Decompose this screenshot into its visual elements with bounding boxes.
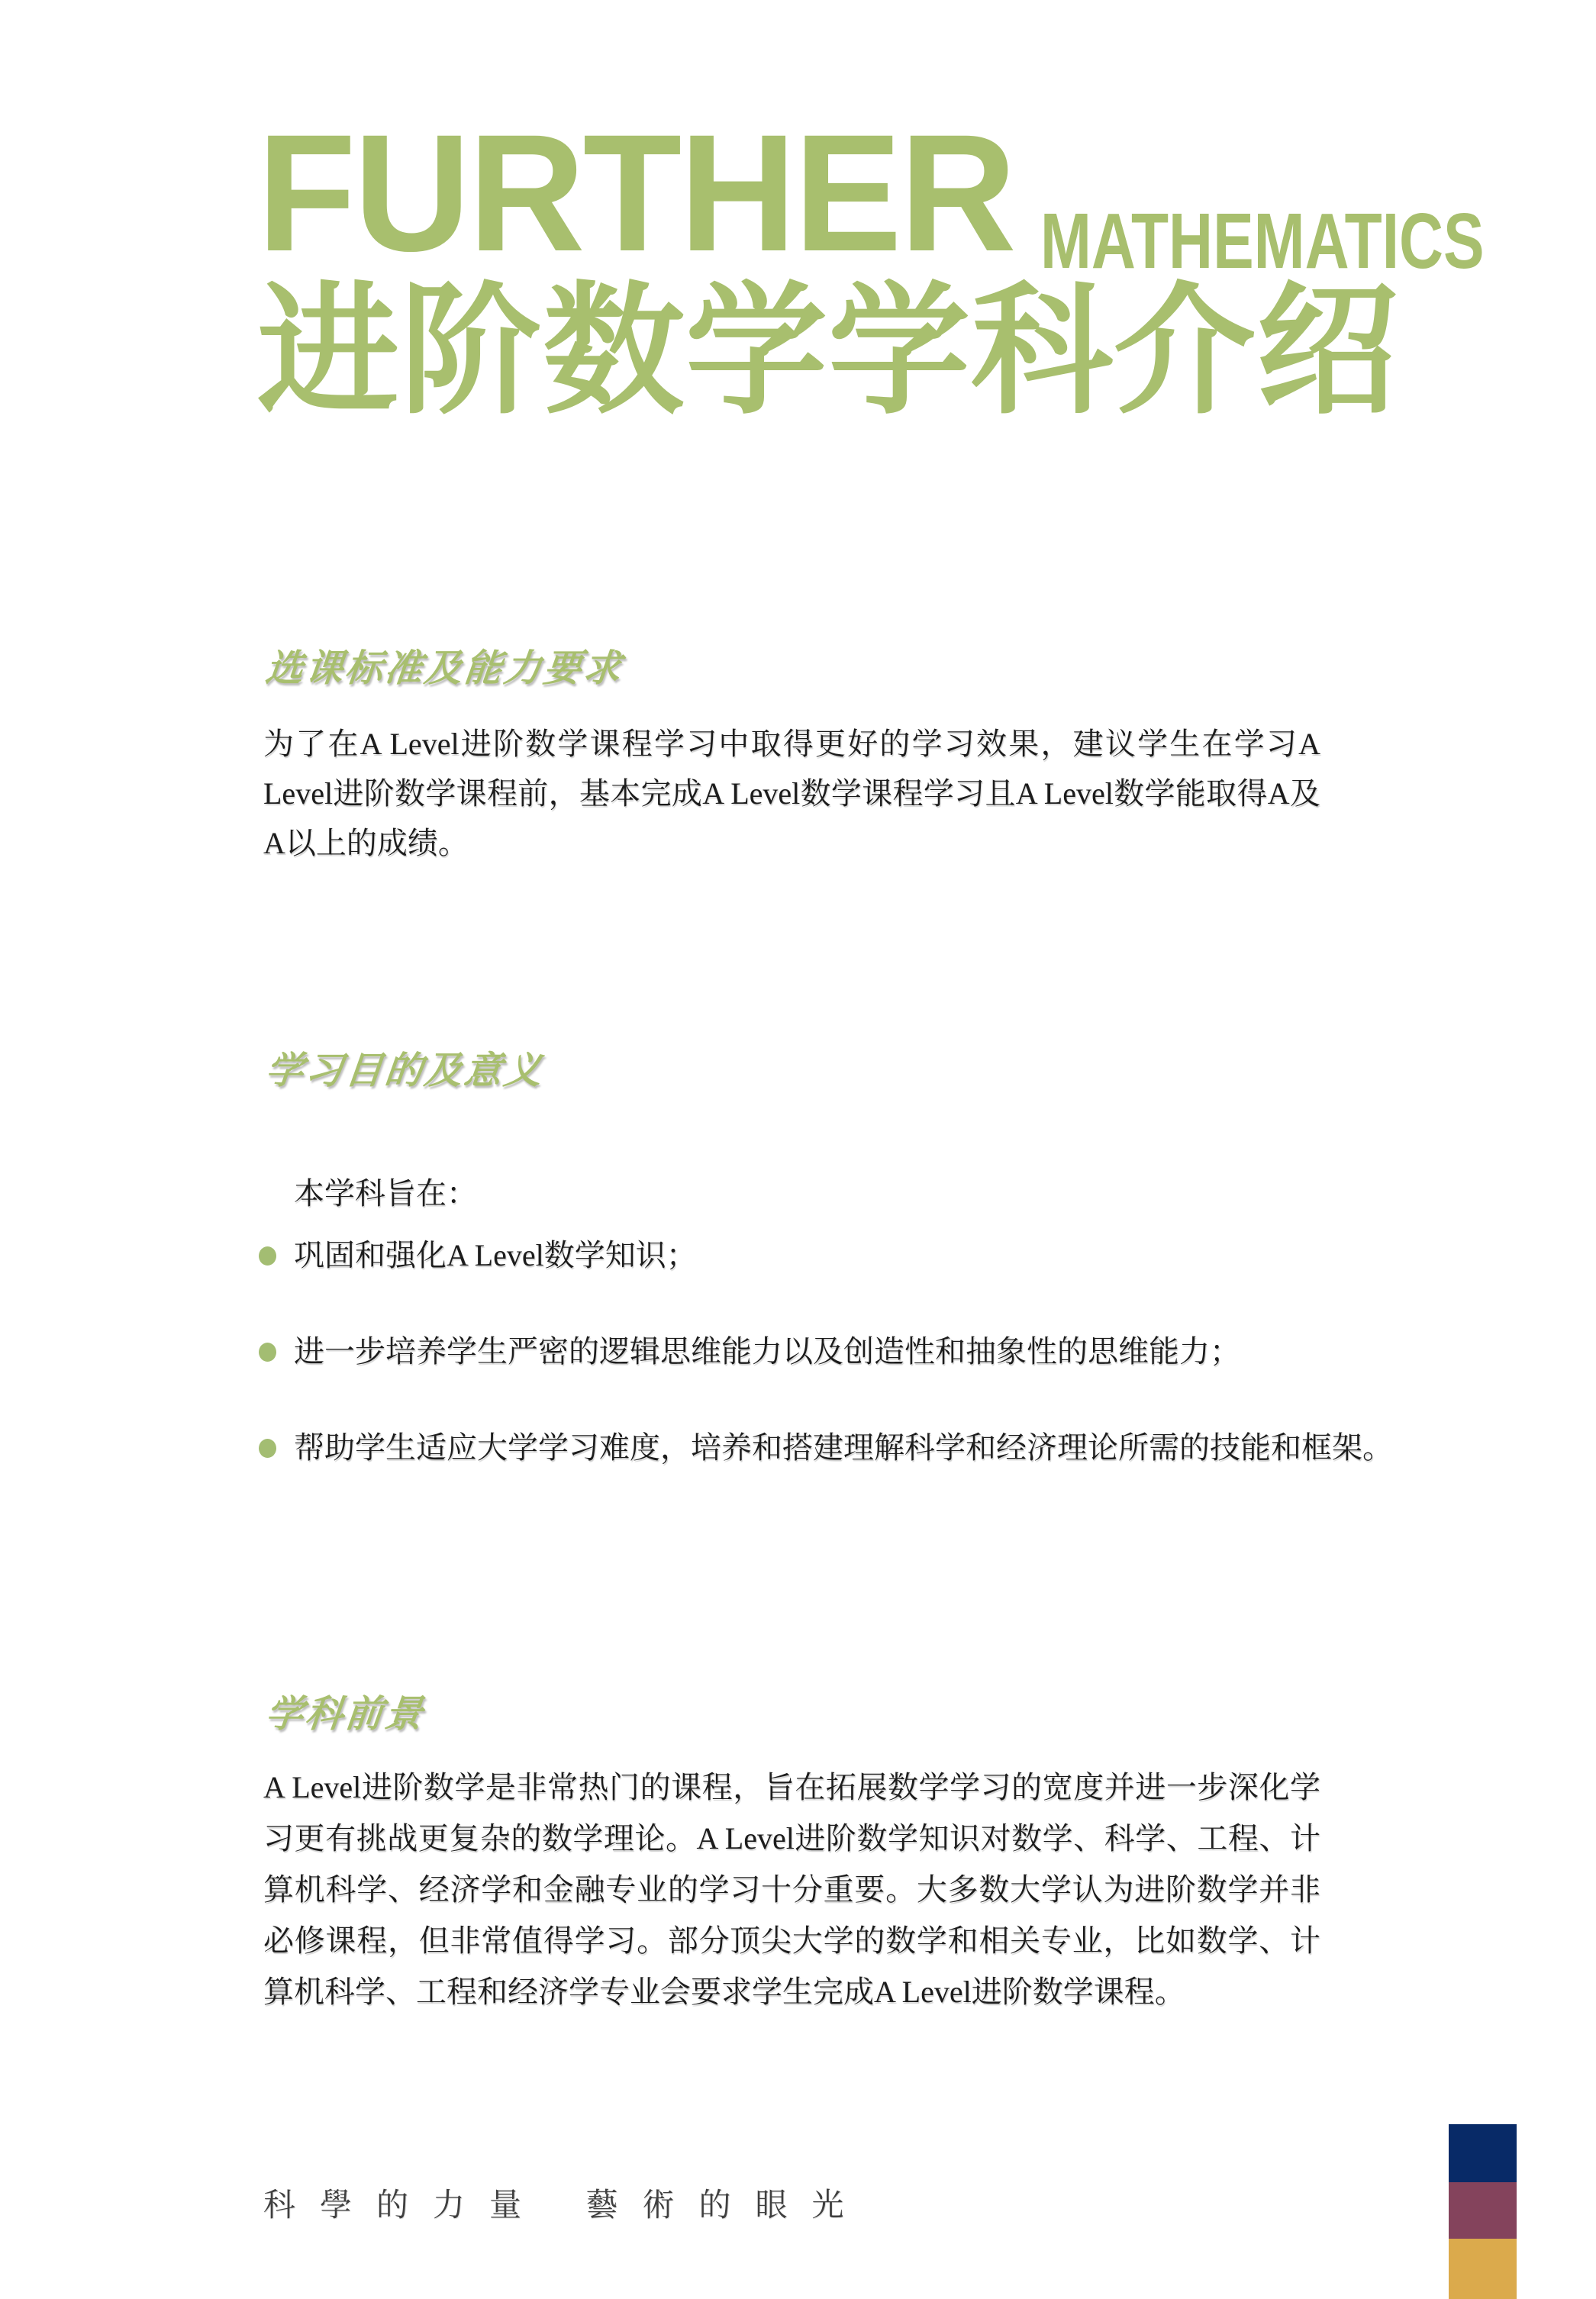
footer-square-maroon xyxy=(1449,2182,1517,2239)
brochure-page: FURTHER MATHEMATICS 进阶数学学科介绍 选课标准及能力要求 为… xyxy=(0,0,1596,2299)
section-heading-subject-prospects: 学科前景 xyxy=(263,1692,427,1737)
purpose-bullet-text: 巩固和强化A Level数学知识； xyxy=(294,1230,697,1280)
title-english-subtitle: MATHEMATICS xyxy=(1040,202,1485,280)
title-block: FURTHER MATHEMATICS 进阶数学学科介绍 xyxy=(257,114,1596,423)
bullet-dot-icon xyxy=(259,1246,276,1266)
footer-slogan-art: 藝術的眼光 xyxy=(586,2188,869,2223)
purpose-bullet-text: 帮助学生适应大学学习难度，培养和搭建理解科学和经济理论所需的技能和框架。 xyxy=(294,1423,1393,1472)
footer-slogan-science: 科學的力量 xyxy=(263,2188,546,2223)
purpose-bullet-text: 进一步培养学生严密的逻辑思维能力以及创造性和抽象性的思维能力； xyxy=(294,1327,1240,1376)
footer-slogan: 科學的力量 藝術的眼光 xyxy=(263,2185,869,2227)
title-english-row: FURTHER MATHEMATICS xyxy=(257,114,1596,276)
section-heading-selection-criteria: 选课标准及能力要求 xyxy=(263,646,625,692)
footer-color-squares xyxy=(1449,2124,1517,2299)
bullet-dot-icon xyxy=(259,1439,276,1458)
purpose-bullet-item: 帮助学生适应大学学习难度，培养和搭建理解科学和经济理论所需的技能和框架。 xyxy=(259,1423,1449,1472)
bullet-dot-icon xyxy=(259,1343,276,1362)
footer-square-navy xyxy=(1449,2124,1517,2182)
purpose-bullet-item: 进一步培养学生严密的逻辑思维能力以及创造性和抽象性的思维能力； xyxy=(259,1327,1449,1376)
title-english: FURTHER xyxy=(257,110,1014,276)
selection-criteria-paragraph: 为了在A Level进阶数学课程学习中取得更好的学习效果，建议学生在学习A Le… xyxy=(263,719,1320,868)
section-heading-learning-purpose: 学习目的及意义 xyxy=(263,1049,546,1094)
purpose-intro-text: 本学科旨在： xyxy=(294,1174,477,1214)
purpose-bullet-item: 巩固和强化A Level数学知识； xyxy=(259,1230,1449,1280)
title-chinese: 进阶数学学科介绍 xyxy=(257,281,1596,423)
subject-prospects-paragraph: A Level进阶数学是非常热门的课程，旨在拓展数学学习的宽度并进一步深化学习更… xyxy=(263,1762,1320,2017)
footer-square-gold xyxy=(1449,2239,1517,2299)
